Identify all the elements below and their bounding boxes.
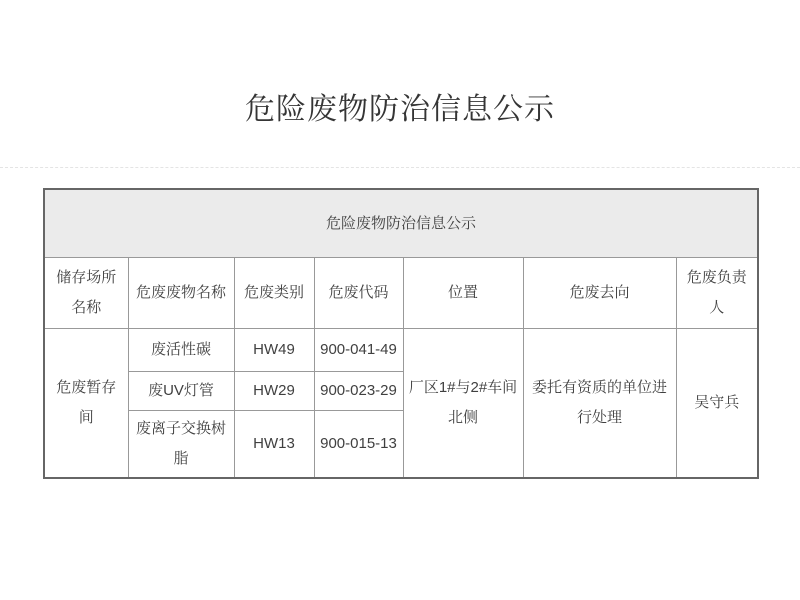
- table-header-row: 储存场所名称 危废废物名称 危废类别 危废代码 位置 危废去向 危废负责人: [44, 258, 758, 329]
- page-title: 危险废物防治信息公示: [0, 0, 800, 128]
- cell-responsible: 吴守兵: [676, 329, 758, 479]
- cell-waste-category: HW13: [234, 411, 314, 479]
- table-row: 危废暂存间 废活性碳 HW49 900-041-49 厂区1#与2#车间北侧 委…: [44, 329, 758, 372]
- cell-waste-code: 900-023-29: [314, 372, 403, 411]
- cell-waste-category: HW49: [234, 329, 314, 372]
- cell-waste-code: 900-041-49: [314, 329, 403, 372]
- header-waste-category: 危废类别: [234, 258, 314, 329]
- table-caption: 危险废物防治信息公示: [44, 189, 758, 258]
- header-location: 位置: [403, 258, 523, 329]
- header-storage-place-name: 储存场所名称: [44, 258, 128, 329]
- cell-destination: 委托有资质的单位进行处理: [523, 329, 676, 479]
- table-caption-row: 危险废物防治信息公示: [44, 189, 758, 258]
- cell-location: 厂区1#与2#车间北侧: [403, 329, 523, 479]
- cell-waste-code: 900-015-13: [314, 411, 403, 479]
- cell-waste-category: HW29: [234, 372, 314, 411]
- header-waste-code: 危废代码: [314, 258, 403, 329]
- page: 危险废物防治信息公示 危险废物防治信息公示 储存场所名称 危废废物名称 危废类别…: [0, 0, 800, 600]
- cell-waste-name: 废活性碳: [128, 329, 234, 372]
- hazardous-waste-table: 危险废物防治信息公示 储存场所名称 危废废物名称 危废类别 危废代码 位置 危废…: [43, 188, 759, 479]
- header-waste-name: 危废废物名称: [128, 258, 234, 329]
- cell-waste-name: 废UV灯管: [128, 372, 234, 411]
- cell-waste-name: 废离子交换树脂: [128, 411, 234, 479]
- section-divider: [0, 167, 800, 168]
- header-responsible-person: 危废负责人: [676, 258, 758, 329]
- cell-storage-room: 危废暂存间: [44, 329, 128, 479]
- header-waste-destination: 危废去向: [523, 258, 676, 329]
